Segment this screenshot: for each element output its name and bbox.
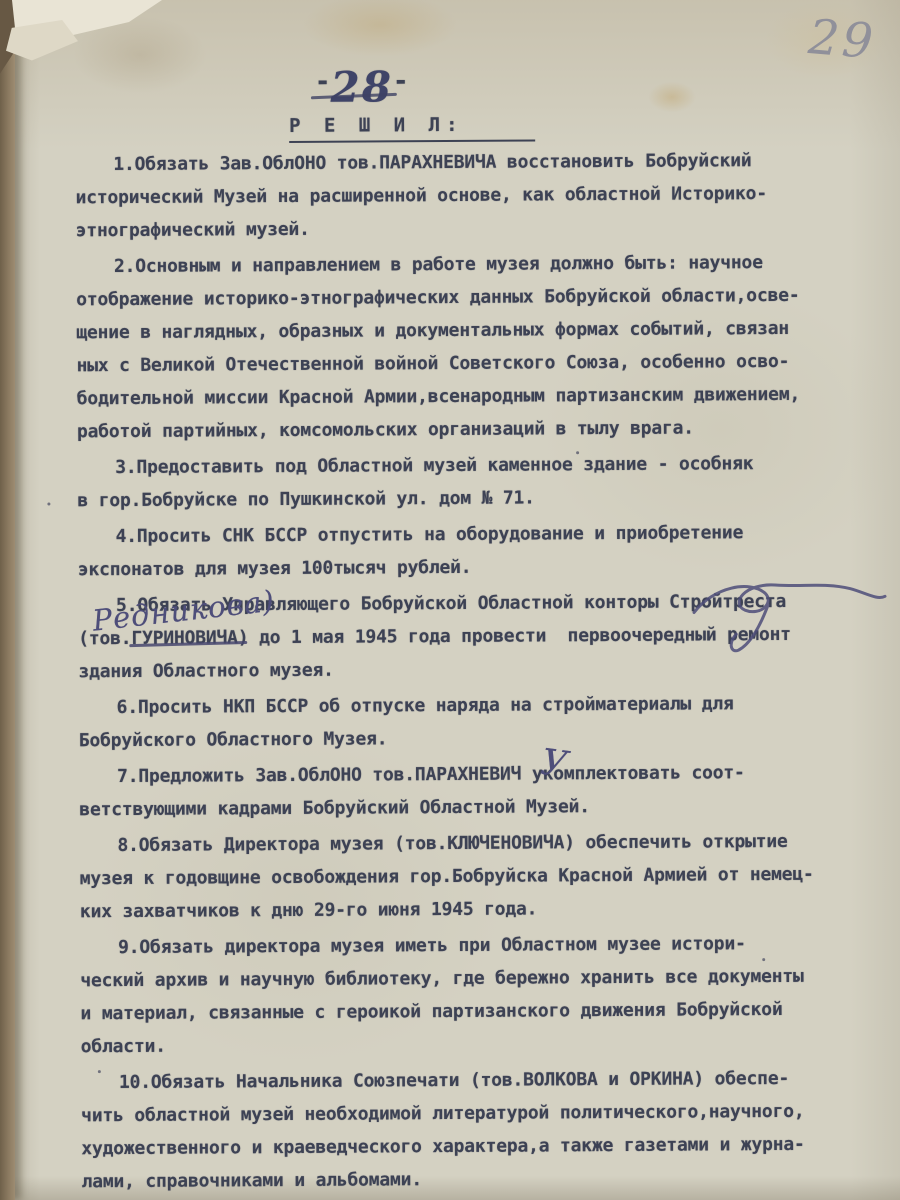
- text-line: ветствующими кадрами Бобруйский Областно…: [79, 789, 859, 827]
- text-line: и материал, связанные с героикой партиза…: [80, 993, 860, 1031]
- page-content: 29 -28- Р Е Ш И Л: 1.Обязать Зав.ОблОНО …: [0, 0, 900, 1200]
- text-line: 10.Обязать Начальника Союзпечати (тов.ВО…: [81, 1061, 861, 1099]
- paragraph: 3.Предоставить под Областной музей камен…: [77, 447, 857, 518]
- text-line: 3.Предоставить под Областной музей камен…: [77, 447, 857, 485]
- page-number-pencil: 29: [806, 9, 877, 70]
- ink-speck: [576, 451, 579, 454]
- text-line: 6.Просить НКП БССР об отпуске наряда на …: [79, 687, 859, 725]
- paragraph: 10.Обязать Начальника Союзпечати (тов.ВО…: [81, 1061, 862, 1198]
- ink-speck: [762, 958, 765, 961]
- ink-speck: [98, 1070, 101, 1073]
- text-line: в гор.Бобруйске по Пушкинской ул. дом № …: [77, 480, 857, 518]
- paragraph: 2.Основным и направлением в работе музея…: [76, 246, 857, 449]
- crossed-number-left-dash: -: [315, 67, 331, 97]
- text-line: бодительной миссии Красной Армии,всенаро…: [77, 378, 857, 416]
- paragraph: 1.Обязать Зав.ОблОНО тов.ПАРАХНЕВИЧА вос…: [75, 144, 856, 248]
- text-line: этнографический музей.: [76, 210, 856, 248]
- text-line: чить областной музей необходимой литерат…: [81, 1094, 861, 1132]
- text-line: 1.Обязать Зав.ОблОНО тов.ПАРАХНЕВИЧА вос…: [75, 144, 855, 182]
- paragraph: 8.Обязать Директора музея (тов.КЛЮЧЕНОВИ…: [79, 825, 860, 929]
- text-line: лами, справочниками и альбомами.: [81, 1160, 861, 1198]
- paragraph: 6.Просить НКП БССР об отпуске наряда на …: [79, 687, 859, 758]
- text-line: художественного и краеведческого характе…: [81, 1127, 861, 1165]
- text-line: 7.Предложить Зав.ОблОНО тов.ПАРАХНЕВИЧ у…: [79, 756, 859, 794]
- text-line: ческий архив и научную библиотеку, где б…: [80, 960, 860, 998]
- ink-speck: [47, 502, 50, 505]
- text-line: 4.Просить СНК БССР отпустить на оборудов…: [78, 516, 858, 554]
- handwritten-scribble-overlay: [688, 573, 894, 669]
- text-line: ных с Великой Отечественной войной Совет…: [76, 345, 856, 383]
- text-line: отображение историко-этнографических дан…: [76, 279, 856, 317]
- resolution-heading: Р Е Ш И Л:: [289, 113, 536, 143]
- text-line: музея к годовщине освобождения гор.Бобру…: [80, 858, 860, 896]
- text-line: 9.Обязать директора музея иметь при Обла…: [80, 927, 860, 965]
- handwritten-inserted-letter: У: [538, 742, 569, 786]
- text-line: 8.Обязать Директора музея (тов.КЛЮЧЕНОВИ…: [79, 825, 859, 863]
- crossed-number-digits: 28: [330, 62, 393, 111]
- text-line: исторический Музей на расширенной основе…: [75, 177, 855, 215]
- document-body: 1.Обязать Зав.ОблОНО тов.ПАРАХНЕВИЧА вос…: [75, 144, 861, 1200]
- text-line: области.: [81, 1025, 861, 1063]
- crossed-number-right-dash: -: [393, 66, 409, 96]
- text-line: ких захватчиков к дню 29-го июня 1945 го…: [80, 891, 860, 929]
- text-line: работой партийных, комсомольских организ…: [77, 411, 857, 449]
- paragraph: 9.Обязать директора музея иметь при Обла…: [80, 927, 861, 1064]
- text-line: 2.Основным и направлением в работе музея…: [76, 246, 856, 284]
- text-line: щение в наглядных, образных и документал…: [76, 312, 856, 350]
- document-page: 29 -28- Р Е Ш И Л: 1.Обязать Зав.ОблОНО …: [0, 0, 900, 1200]
- paragraph: 7.Предложить Зав.ОблОНО тов.ПАРАХНЕВИЧ у…: [79, 756, 859, 827]
- text-line: Бобруйского Областного Музея.: [79, 720, 859, 758]
- crossed-page-number: -28-: [315, 62, 409, 112]
